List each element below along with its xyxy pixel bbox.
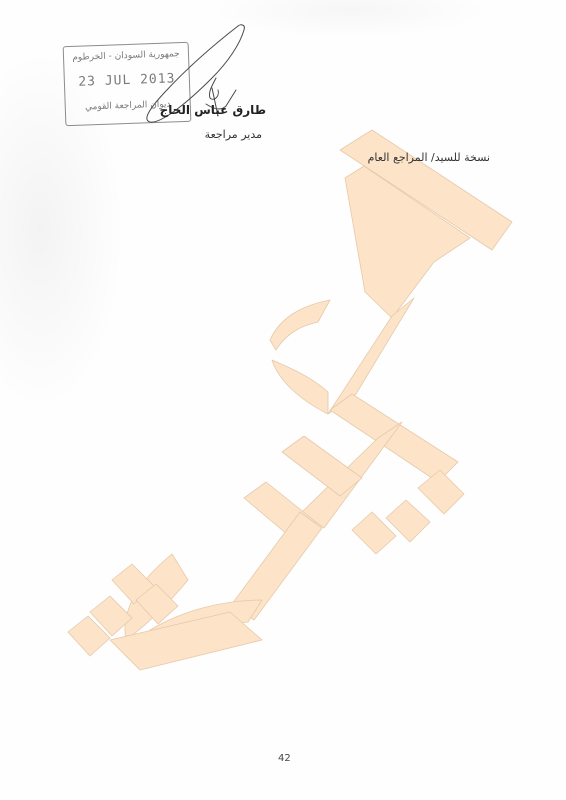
stamp-authority: جمهورية السودان - الخرطوم: [64, 49, 188, 63]
page-number: 42: [278, 753, 291, 764]
signatory-name: طارق عباس الحاج: [160, 103, 266, 117]
stamp-date: 23 JUL 2013: [65, 71, 189, 90]
signatory-title: مدير مراجعة: [205, 128, 262, 141]
document-page: جمهورية السودان - الخرطوم 23 JUL 2013 دي…: [0, 0, 566, 800]
copy-to-line: نسخة للسيد/ المراجع العام: [368, 151, 490, 164]
